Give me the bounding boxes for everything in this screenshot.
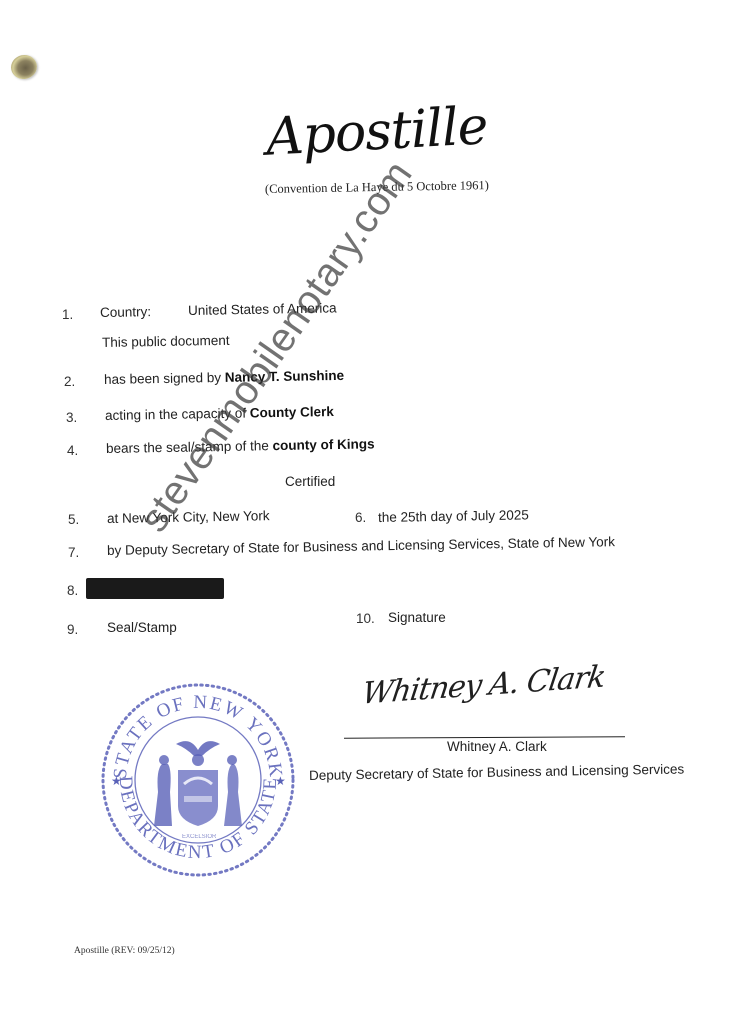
item-number-8: 8. — [67, 583, 78, 598]
department-of-state-seal: STATE OF NEW YORK DEPARTMENT OF STATE ★ … — [98, 680, 298, 880]
signed-by-label: has been signed by — [104, 370, 225, 387]
item-number-5: 5. — [68, 512, 79, 527]
redacted-certificate-number — [86, 578, 224, 599]
signature-heading: Signature — [388, 610, 446, 625]
signer-title: Deputy Secretary of State for Business a… — [309, 761, 684, 783]
document-title: Apostille — [265, 96, 489, 168]
svg-text:EXCELSIOR: EXCELSIOR — [182, 834, 217, 840]
item-number-7: 7. — [68, 545, 79, 560]
item-number-4: 4. — [67, 443, 78, 458]
capacity-value: County Clerk — [250, 404, 334, 420]
certified-heading: Certified — [285, 474, 335, 489]
seal-stamp-value: county of Kings — [272, 436, 374, 453]
form-revision-footer: Apostille (REV: 09/25/12) — [74, 946, 175, 956]
item-number-1: 1. — [62, 307, 73, 322]
handwritten-signature: Whitney A. Clark — [360, 659, 607, 711]
date-line: the 25th day of July 2025 — [378, 507, 529, 525]
item-number-3: 3. — [66, 410, 77, 425]
certifying-authority-line: by Deputy Secretary of State for Busines… — [107, 534, 615, 558]
item-number-9: 9. — [67, 622, 78, 637]
country-label: Country: — [100, 304, 151, 320]
seal-stamp-line: bears the seal/stamp of the county of Ki… — [106, 436, 375, 456]
seal-emblem-icon: STATE OF NEW YORK DEPARTMENT OF STATE ★ … — [98, 680, 298, 880]
signer-name: Whitney A. Clark — [447, 739, 547, 754]
binder-grommet — [9, 53, 39, 82]
item-number-10: 10. — [356, 611, 375, 626]
item-number-2: 2. — [64, 374, 75, 389]
svg-text:★: ★ — [275, 774, 286, 788]
seal-stamp-heading: Seal/Stamp — [107, 620, 177, 635]
item-number-6: 6. — [355, 510, 366, 525]
svg-text:★: ★ — [111, 774, 122, 788]
public-document-line: This public document — [102, 333, 230, 350]
